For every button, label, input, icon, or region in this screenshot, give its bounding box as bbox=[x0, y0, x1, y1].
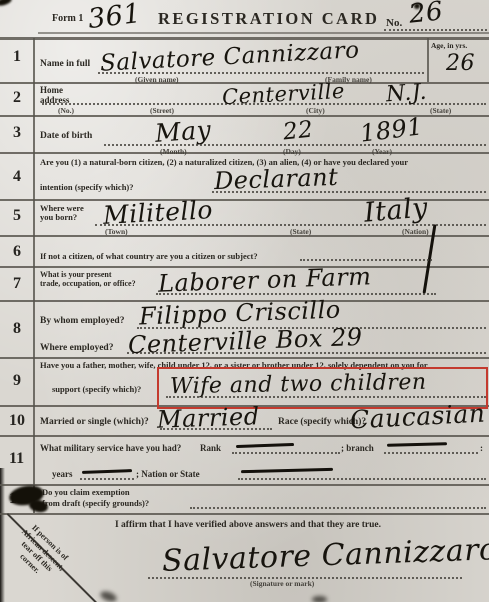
address-no-hint: (No.) bbox=[58, 106, 74, 115]
dob-day-value: 22 bbox=[282, 116, 315, 145]
form-number-handwritten: 361 bbox=[86, 0, 142, 35]
row9-number: 9 bbox=[13, 372, 21, 390]
subject-leader-line bbox=[300, 259, 432, 261]
rank-label: Rank bbox=[200, 443, 221, 453]
dob-month-value: May bbox=[154, 115, 212, 148]
dob-month-hint: (Month) bbox=[160, 147, 187, 156]
scan-smudge bbox=[99, 589, 118, 602]
where-employed-label: Where employed? bbox=[40, 343, 113, 353]
birthplace-label-2: you born? bbox=[40, 212, 77, 222]
divider-line bbox=[0, 484, 489, 486]
signature-hint: (Signature or mark) bbox=[250, 579, 314, 588]
exemption-question-2: from draft (specify grounds)? bbox=[42, 498, 149, 508]
divider-line bbox=[0, 357, 489, 359]
address-street-hint: (Street) bbox=[150, 106, 174, 115]
row7-number: 7 bbox=[13, 275, 21, 293]
no-label: No. bbox=[386, 17, 402, 29]
trade-label-2: trade, occupation, or office? bbox=[40, 279, 136, 288]
pen-dash bbox=[236, 443, 294, 448]
affirmation-text: I affirm that I have verified above answ… bbox=[58, 520, 438, 530]
scan-mark bbox=[0, 0, 13, 7]
employer-label: By whom employed? bbox=[40, 316, 124, 326]
branch-colon: : bbox=[480, 443, 483, 453]
pen-dash bbox=[82, 469, 132, 473]
age-cell-line bbox=[427, 38, 429, 82]
row6-number: 6 bbox=[13, 243, 21, 261]
row2-number: 2 bbox=[13, 89, 21, 107]
nation-state-label: ; Nation or State bbox=[136, 469, 200, 479]
dob-year-hint: (Year) bbox=[372, 147, 392, 156]
form-label: Form 1 bbox=[52, 13, 83, 24]
subject-question: If not a citizen, of what country are yo… bbox=[40, 251, 258, 261]
birthplace-nation-value: Italy bbox=[363, 192, 429, 228]
age-value: 26 bbox=[446, 51, 475, 76]
divider-line bbox=[0, 37, 489, 40]
rank-leader-line bbox=[232, 452, 340, 454]
row3-number: 3 bbox=[13, 124, 21, 142]
married-value: Married bbox=[157, 402, 260, 434]
birthplace-town-value: Militello bbox=[102, 195, 213, 230]
row10-number: 10 bbox=[9, 412, 25, 430]
row8-number: 8 bbox=[13, 320, 21, 338]
number-column-line bbox=[33, 38, 35, 513]
name-value: Salvatore Cannizzaro bbox=[99, 37, 360, 77]
registration-card: Form 1 361 REGISTRATION CARD No. 26 1 Na… bbox=[0, 0, 489, 602]
divider-line bbox=[0, 513, 489, 515]
dob-label: Date of birth bbox=[40, 131, 92, 141]
race-value: Caucasian bbox=[349, 398, 486, 434]
home-address-label-1: Home bbox=[40, 85, 63, 95]
row1-number: 1 bbox=[13, 48, 21, 66]
given-name-hint: (Given name) bbox=[135, 75, 179, 84]
divider-line bbox=[0, 152, 489, 154]
exemption-leader-line bbox=[190, 507, 486, 509]
years-leader-line bbox=[80, 478, 134, 480]
military-question: What military service have you had? bbox=[40, 443, 181, 453]
address-state-hint: (State) bbox=[430, 106, 451, 115]
divider-line bbox=[0, 435, 489, 437]
years-label: years bbox=[52, 469, 73, 479]
branch-leader-line bbox=[384, 452, 478, 454]
dob-day-hint: (Day) bbox=[283, 147, 301, 156]
signature-value: Salvatore Cannizzaro bbox=[161, 532, 489, 579]
age-label: Age, in yrs. bbox=[431, 41, 467, 50]
card-title: REGISTRATION CARD bbox=[158, 9, 379, 29]
scan-smudge bbox=[312, 596, 327, 602]
birthplace-nation-hint: (Nation) bbox=[402, 227, 429, 236]
pen-dash bbox=[241, 468, 333, 473]
address-state-value: N.J. bbox=[385, 80, 428, 108]
dependents-question-2: support (specify which)? bbox=[52, 384, 141, 394]
card-number-handwritten: 26 bbox=[408, 0, 445, 30]
divider-line bbox=[38, 32, 489, 34]
exemption-question-1: Do you claim exemption bbox=[42, 487, 130, 497]
address-city-hint: (City) bbox=[306, 106, 325, 115]
row4-number: 4 bbox=[13, 168, 21, 186]
no-leader-line bbox=[384, 29, 487, 31]
birthplace-state-hint: (State) bbox=[290, 227, 311, 236]
citizen-answer: Declarant bbox=[214, 163, 339, 195]
nation-state-leader-line bbox=[238, 478, 486, 480]
branch-label: ; branch bbox=[341, 443, 374, 453]
row5-number: 5 bbox=[13, 207, 21, 225]
row11-number: 11 bbox=[9, 450, 24, 468]
trade-label-1: What is your present bbox=[40, 270, 112, 279]
citizen-question-2: intention (specify which)? bbox=[40, 182, 134, 192]
dob-year-value: 1891 bbox=[359, 112, 425, 147]
name-label: Name in full bbox=[40, 59, 90, 69]
pen-dash bbox=[387, 442, 447, 446]
citizen-question-1: Are you (1) a natural-born citizen, (2) … bbox=[40, 157, 408, 167]
married-label: Married or single (which)? bbox=[40, 417, 149, 427]
